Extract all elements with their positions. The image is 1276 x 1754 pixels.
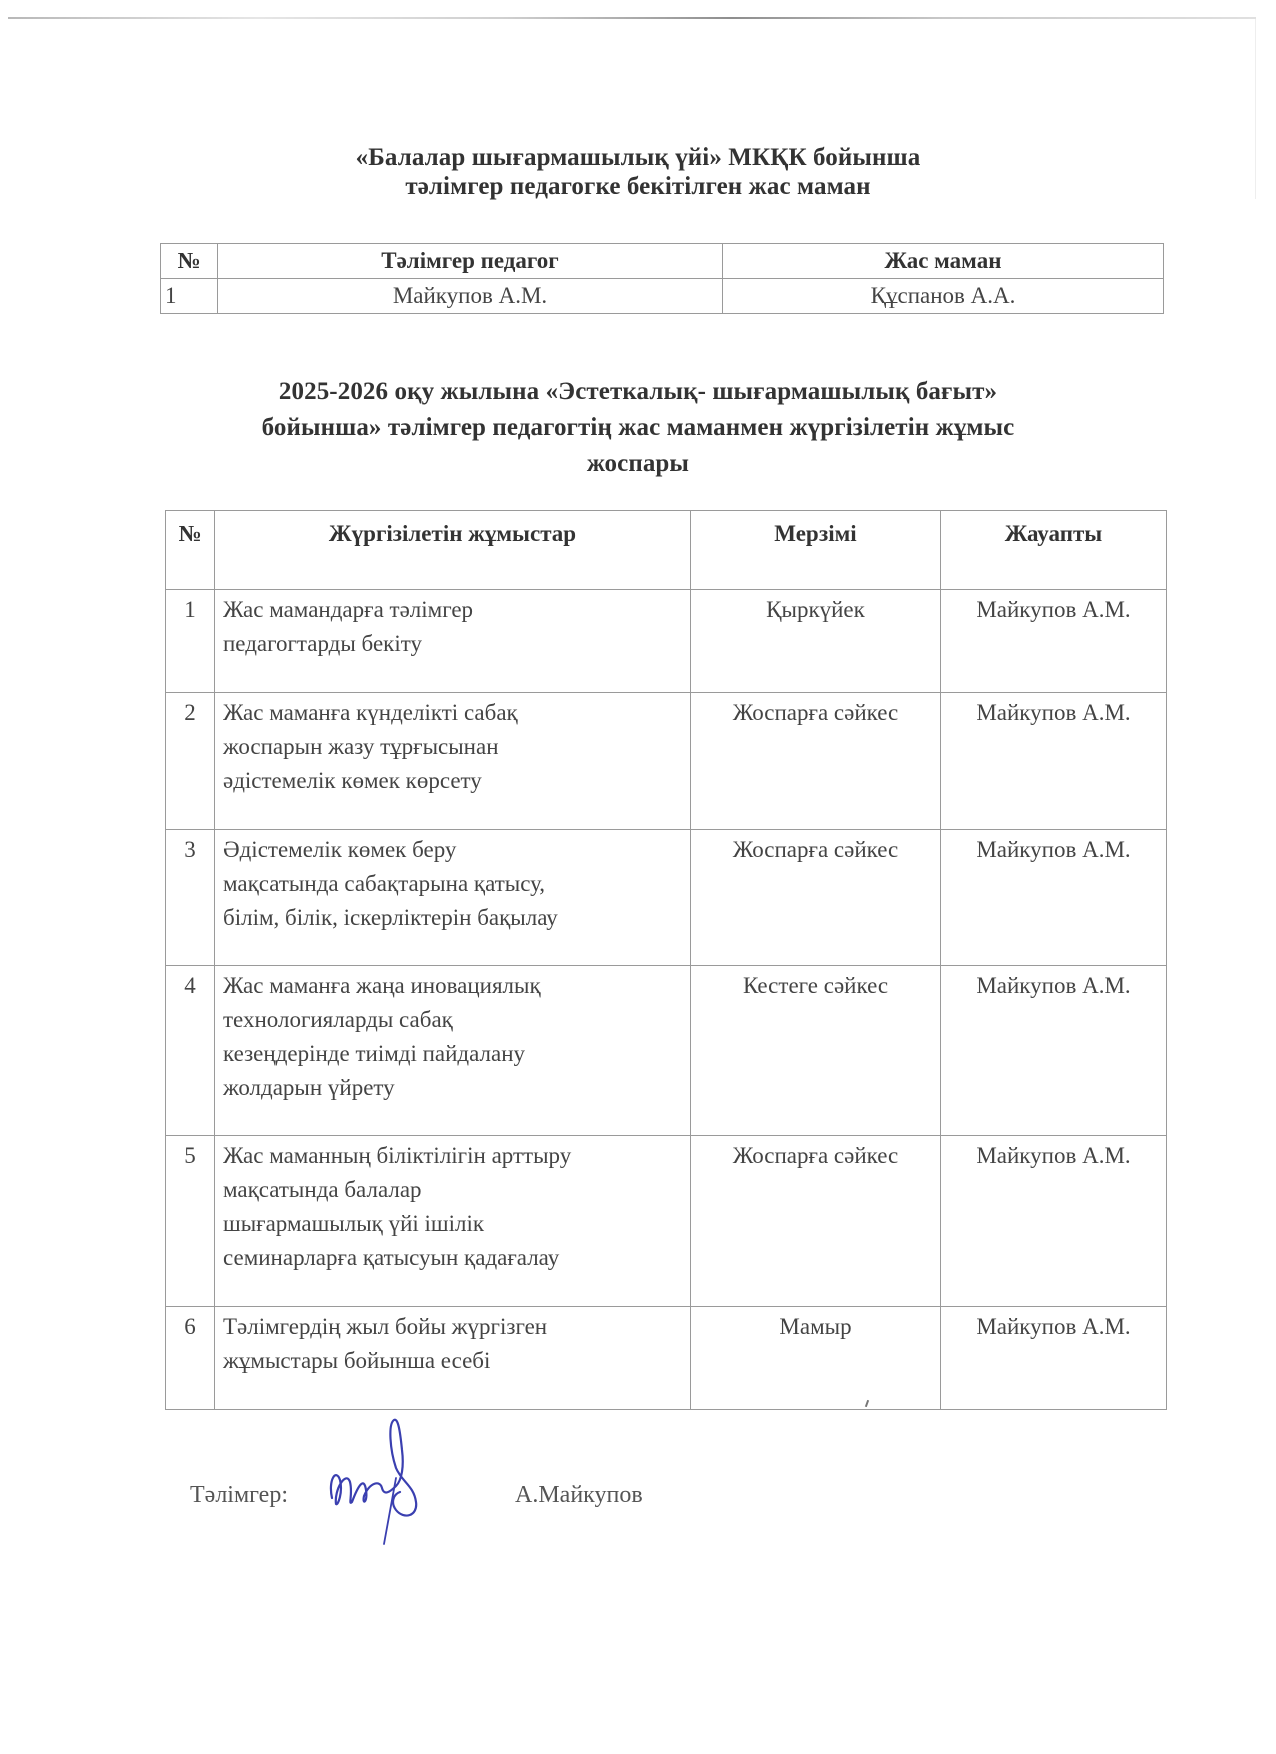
scan-edge-artifact bbox=[8, 17, 1256, 19]
cell-responsible: Майкупов А.М. bbox=[941, 830, 1167, 966]
cell-activity: Жас мамандарға тәлімгерпедагогтарды бекі… bbox=[215, 590, 691, 693]
table-row: 6Тәлімгердің жыл бойы жүргізгенжұмыстары… bbox=[166, 1307, 1167, 1410]
activity-line: жұмыстары бойынша есебі bbox=[223, 1344, 686, 1378]
activity-line: білім, білік, іскерліктерін бақылау bbox=[223, 901, 686, 935]
activity-line: Жас маманға жаңа иновациялық bbox=[223, 969, 686, 1003]
cell-deadline: Мамыр bbox=[691, 1307, 941, 1410]
mentor-assignment-table: № Тәлімгер педагог Жас маман 1 Майкупов … bbox=[160, 243, 1164, 314]
activity-line: әдістемелік көмек көрсету bbox=[223, 764, 686, 798]
activity-line: Жас маманға күнделікті сабақ bbox=[223, 696, 686, 730]
signatory-name: А.Майкупов bbox=[515, 1482, 643, 1509]
cell-activity: Әдістемелік көмек берумақсатында сабақта… bbox=[215, 830, 691, 966]
handwritten-signature bbox=[318, 1410, 438, 1550]
cell-responsible: Майкупов А.М. bbox=[941, 693, 1167, 830]
cell-responsible: Майкупов А.М. bbox=[941, 590, 1167, 693]
activity-line: Жас маманның біліктілігін арттыру bbox=[223, 1139, 686, 1173]
cell-number: 6 bbox=[166, 1307, 215, 1410]
table-row: 3Әдістемелік көмек берумақсатында сабақт… bbox=[166, 830, 1167, 966]
title-line: жоспары bbox=[0, 446, 1276, 482]
table-header-row: № Жүргізілетін жұмыстар Мерзімі Жауапты bbox=[166, 511, 1167, 590]
cell-activity: Тәлімгердің жыл бойы жүргізгенжұмыстары … bbox=[215, 1307, 691, 1410]
activity-line: Әдістемелік көмек беру bbox=[223, 833, 686, 867]
activity-line: жолдарын үйрету bbox=[223, 1071, 686, 1105]
cell-responsible: Майкупов А.М. bbox=[941, 966, 1167, 1136]
activity-line: мақсатында балалар bbox=[223, 1173, 686, 1207]
table-row: 4Жас маманға жаңа иновациялықтехнологиял… bbox=[166, 966, 1167, 1136]
cell-deadline: Жоспарға сәйкес bbox=[691, 1136, 941, 1307]
work-plan-table: № Жүргізілетін жұмыстар Мерзімі Жауапты … bbox=[165, 510, 1167, 1410]
column-header-number: № bbox=[166, 511, 215, 590]
activity-line: жоспарын жазу тұрғысынан bbox=[223, 730, 686, 764]
cell-number: 5 bbox=[166, 1136, 215, 1307]
activity-line: Жас мамандарға тәлімгер bbox=[223, 593, 686, 627]
document-title: «Балалар шығармашылық үйі» МКҚК бойынша … bbox=[0, 143, 1276, 201]
cell-young-specialist: Құспанов А.А. bbox=[723, 279, 1164, 314]
column-header-mentor: Тәлімгер педагог bbox=[218, 244, 723, 279]
plan-title: 2025-2026 оқу жылына «Эстеткалық- шығарм… bbox=[0, 374, 1276, 482]
activity-line: кезеңдерінде тиімді пайдалану bbox=[223, 1037, 686, 1071]
table-header-row: № Тәлімгер педагог Жас маман bbox=[161, 244, 1164, 279]
column-header-number: № bbox=[161, 244, 218, 279]
activity-line: педагогтарды бекіту bbox=[223, 627, 686, 661]
cell-number: 4 bbox=[166, 966, 215, 1136]
activity-line: Тәлімгердің жыл бойы жүргізген bbox=[223, 1310, 686, 1344]
column-header-deadline: Мерзімі bbox=[691, 511, 941, 590]
cell-number: 1 bbox=[166, 590, 215, 693]
activity-line: семинарларға қатысуын қадағалау bbox=[223, 1241, 686, 1275]
title-line: бойынша» тәлімгер педагогтің жас маманме… bbox=[0, 410, 1276, 446]
cell-activity: Жас маманға күнделікті сабақжоспарын жаз… bbox=[215, 693, 691, 830]
cell-responsible: Майкупов А.М. bbox=[941, 1307, 1167, 1410]
table-row: 2Жас маманға күнделікті сабақжоспарын жа… bbox=[166, 693, 1167, 830]
cell-deadline: Кестеге сәйкес bbox=[691, 966, 941, 1136]
title-line: «Балалар шығармашылық үйі» МКҚК бойынша bbox=[0, 143, 1276, 172]
column-header-responsible: Жауапты bbox=[941, 511, 1167, 590]
table-row: 1 Майкупов А.М. Құспанов А.А. bbox=[161, 279, 1164, 314]
activity-line: мақсатында сабақтарына қатысу, bbox=[223, 867, 686, 901]
activity-line: шығармашылық үйі ішілік bbox=[223, 1207, 686, 1241]
cell-activity: Жас маманға жаңа иновациялықтехнологияла… bbox=[215, 966, 691, 1136]
activity-line: технологияларды сабақ bbox=[223, 1003, 686, 1037]
signature-label: Тәлімгер: bbox=[190, 1482, 288, 1509]
cell-number: 3 bbox=[166, 830, 215, 966]
cell-deadline: Жоспарға сәйкес bbox=[691, 830, 941, 966]
table-row: 1Жас мамандарға тәлімгерпедагогтарды бек… bbox=[166, 590, 1167, 693]
cell-number: 1 bbox=[161, 279, 218, 314]
cell-number: 2 bbox=[166, 693, 215, 830]
cell-deadline: Жоспарға сәйкес bbox=[691, 693, 941, 830]
column-header-young-specialist: Жас маман bbox=[723, 244, 1164, 279]
title-line: 2025-2026 оқу жылына «Эстеткалық- шығарм… bbox=[0, 374, 1276, 410]
table-row: 5Жас маманның біліктілігін арттырумақсат… bbox=[166, 1136, 1167, 1307]
title-line: тәлімгер педагогке бекітілген жас маман bbox=[0, 172, 1276, 201]
cell-deadline: Қыркүйек bbox=[691, 590, 941, 693]
cell-activity: Жас маманның біліктілігін арттырумақсаты… bbox=[215, 1136, 691, 1307]
cell-mentor: Майкупов А.М. bbox=[218, 279, 723, 314]
column-header-activities: Жүргізілетін жұмыстар bbox=[215, 511, 691, 590]
cell-responsible: Майкупов А.М. bbox=[941, 1136, 1167, 1307]
